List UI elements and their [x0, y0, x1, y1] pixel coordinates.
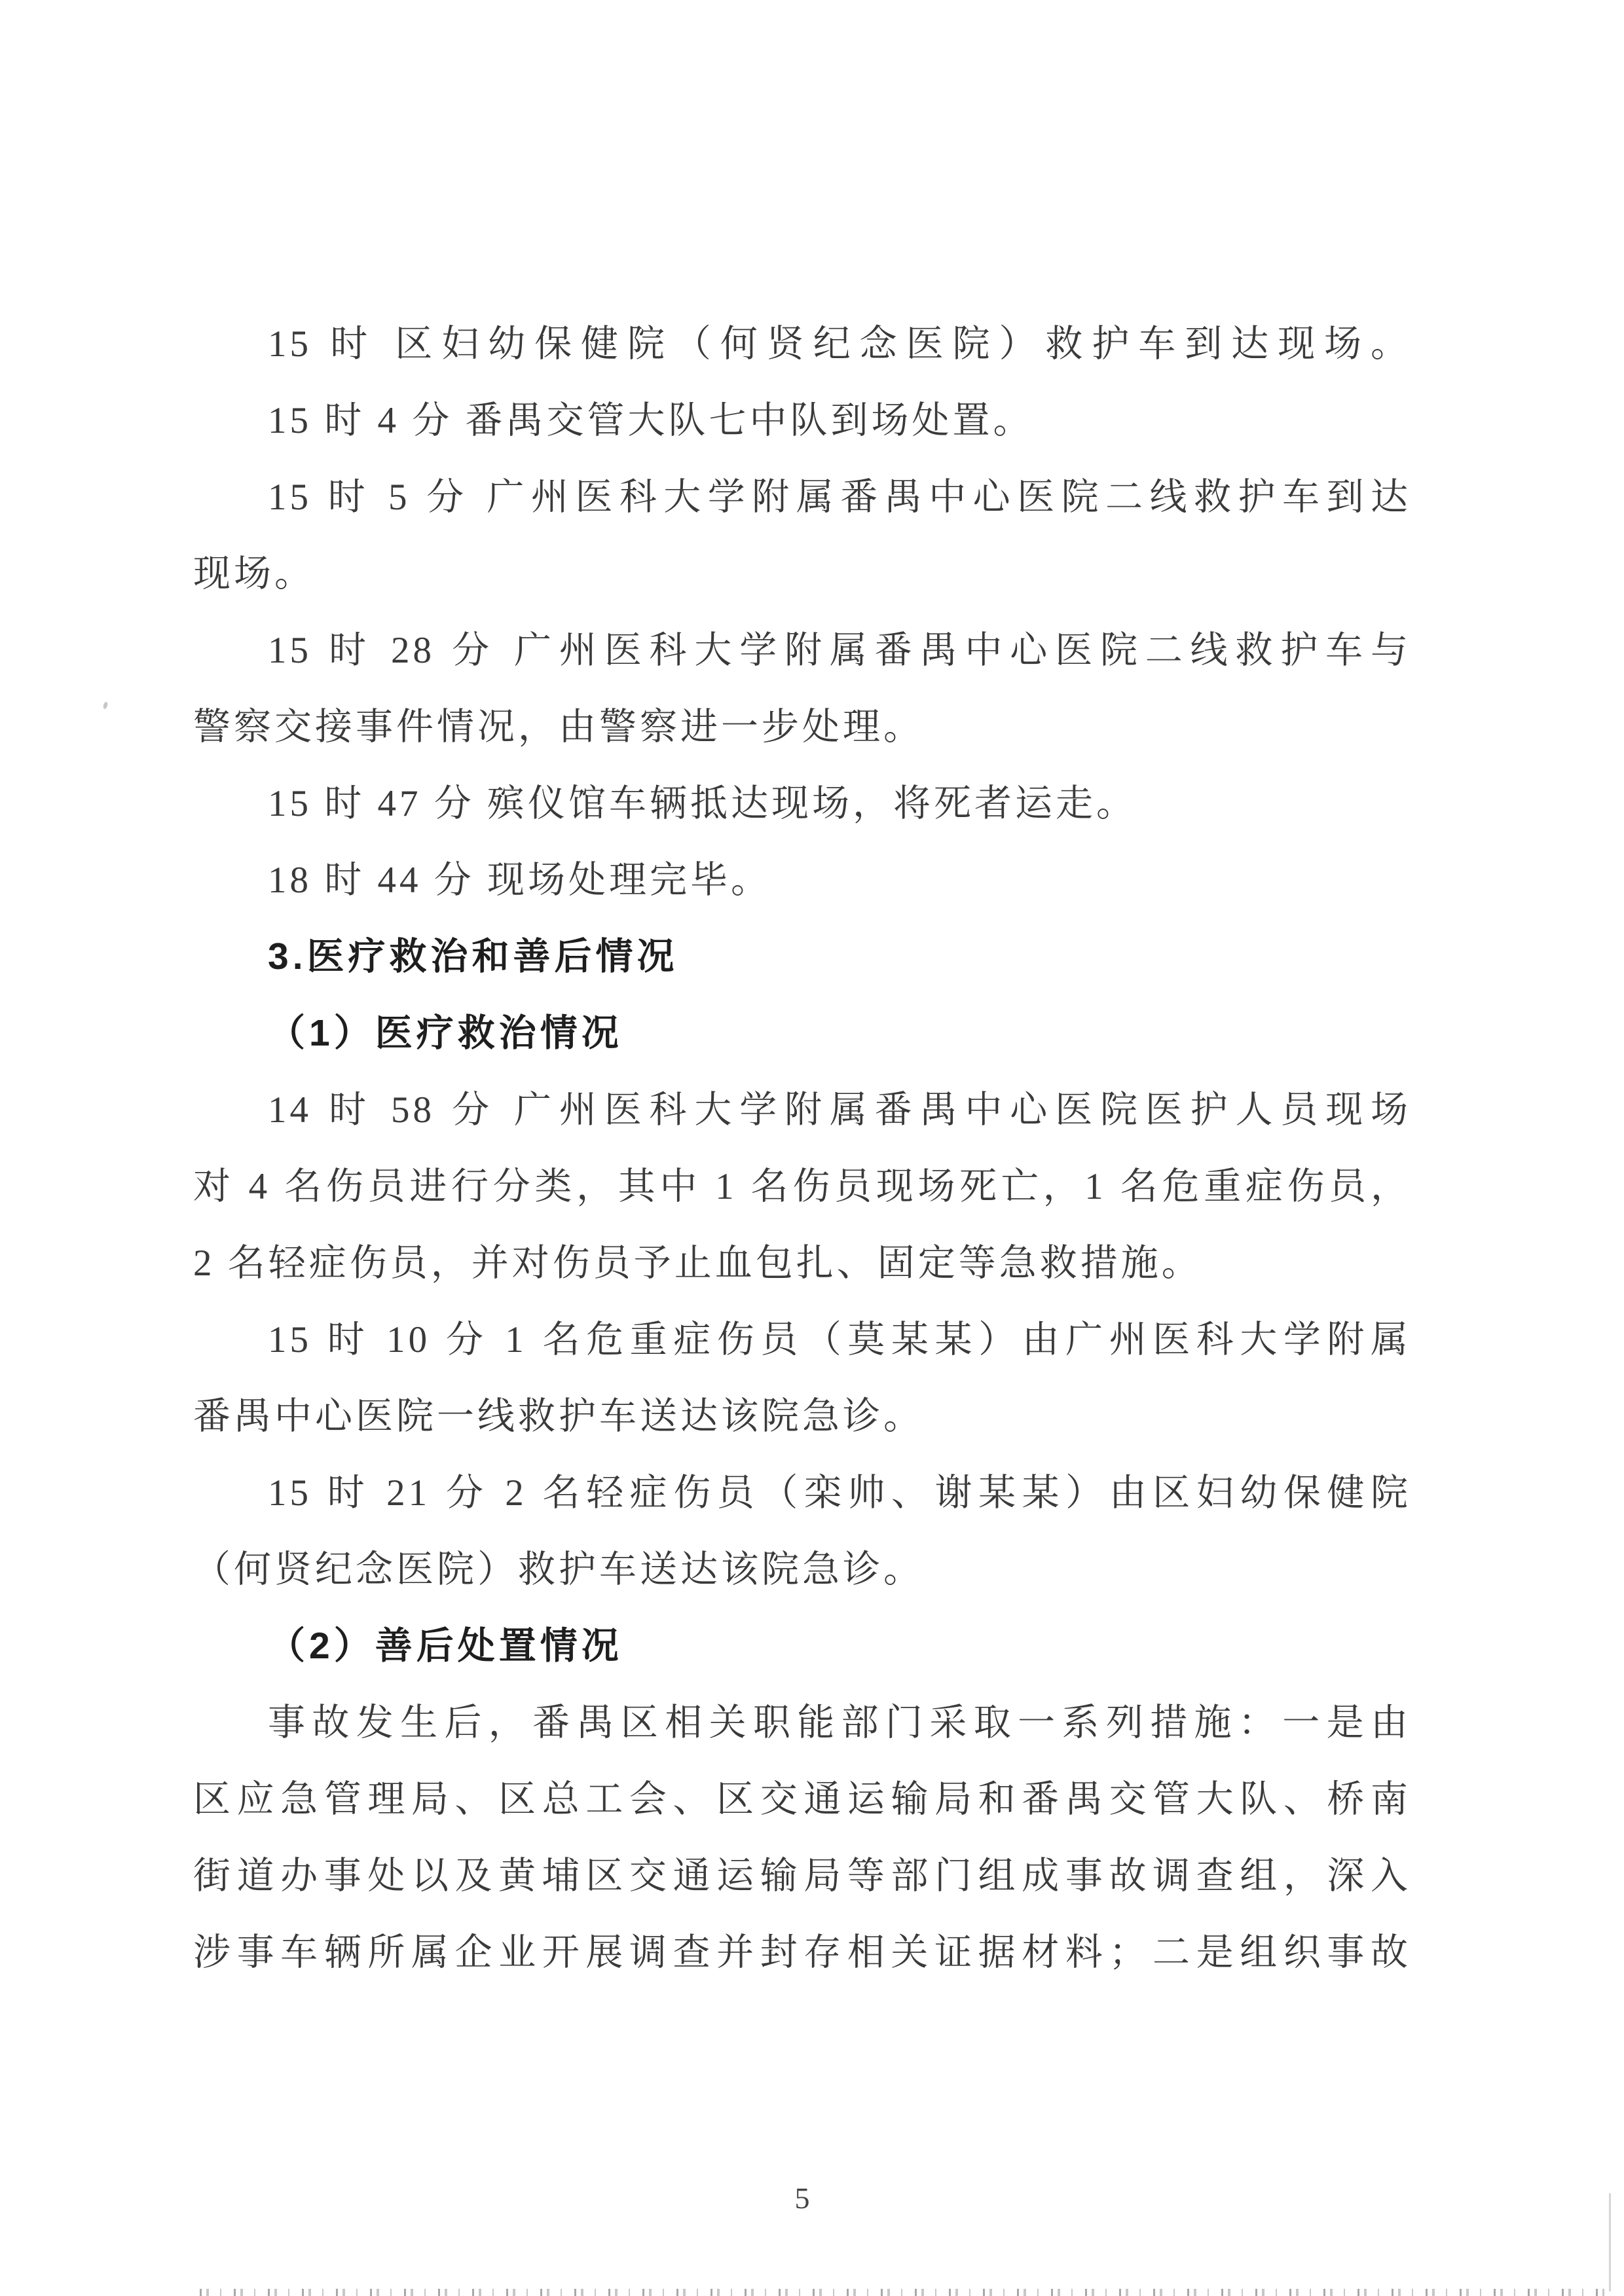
text-line: 15 时 5 分 广州医科大学附属番禺中心医院二线救护车到达	[193, 459, 1411, 536]
scan-right-edge-streak	[1609, 2193, 1611, 2291]
text-line: 15 时 10 分 1 名危重症伤员（莫某某）由广州医科大学附属	[193, 1302, 1411, 1378]
text-line: 15 时 21 分 2 名轻症伤员（栾帅、谢某某）由区妇幼保健院	[193, 1455, 1411, 1531]
text-line: 15 时 区妇幼保健院（何贤纪念医院）救护车到达现场。	[193, 306, 1411, 382]
section-heading: （2）善后处置情况	[193, 1608, 1411, 1685]
text-line: 2 名轻症伤员，并对伤员予止血包扎、固定等急救措施。	[193, 1225, 1411, 1302]
text-line: （何贤纪念医院）救护车送达该院急诊。	[193, 1531, 1411, 1608]
section-heading: 3.医疗救治和善后情况	[193, 919, 1411, 995]
text-line: 涉事车辆所属企业开展调查并封存相关证据材料；二是组织事故	[193, 1914, 1411, 1991]
text-line: 事故发生后，番禺区相关职能部门采取一系列措施：一是由	[193, 1685, 1411, 1761]
text-line: 15 时 4 分 番禺交管大队七中队到场处置。	[193, 382, 1411, 459]
section-heading: （1）医疗救治情况	[193, 995, 1411, 1072]
text-line: 街道办事处以及黄埔区交通运输局等部门组成事故调查组，深入	[193, 1838, 1411, 1914]
text-line: 15 时 47 分 殡仪馆车辆抵达现场，将死者运走。	[193, 765, 1411, 842]
scan-speck	[102, 701, 108, 709]
text-line: 警察交接事件情况，由警察进一步处理。	[193, 689, 1411, 765]
document-body: 15 时 区妇幼保健院（何贤纪念医院）救护车到达现场。15 时 4 分 番禺交管…	[193, 306, 1411, 1991]
scan-bottom-edge-noise	[200, 2289, 1604, 2296]
text-line: 15 时 28 分 广州医科大学附属番禺中心医院二线救护车与	[193, 612, 1411, 689]
text-line: 现场。	[193, 536, 1411, 612]
text-line: 番禺中心医院一线救护车送达该院急诊。	[193, 1378, 1411, 1455]
page-number: 5	[193, 2179, 1411, 2218]
text-line: 对 4 名伤员进行分类，其中 1 名伤员现场死亡，1 名危重症伤员，	[193, 1148, 1411, 1225]
text-line: 区应急管理局、区总工会、区交通运输局和番禺交管大队、桥南	[193, 1761, 1411, 1838]
text-line: 14 时 58 分 广州医科大学附属番禺中心医院医护人员现场	[193, 1072, 1411, 1148]
document-page: 15 时 区妇幼保健院（何贤纪念医院）救护车到达现场。15 时 4 分 番禺交管…	[0, 0, 1624, 2296]
text-line: 18 时 44 分 现场处理完毕。	[193, 842, 1411, 919]
scanned-document-screenshot: { "document": { "lines": [ { "text": "15…	[0, 0, 1624, 2296]
